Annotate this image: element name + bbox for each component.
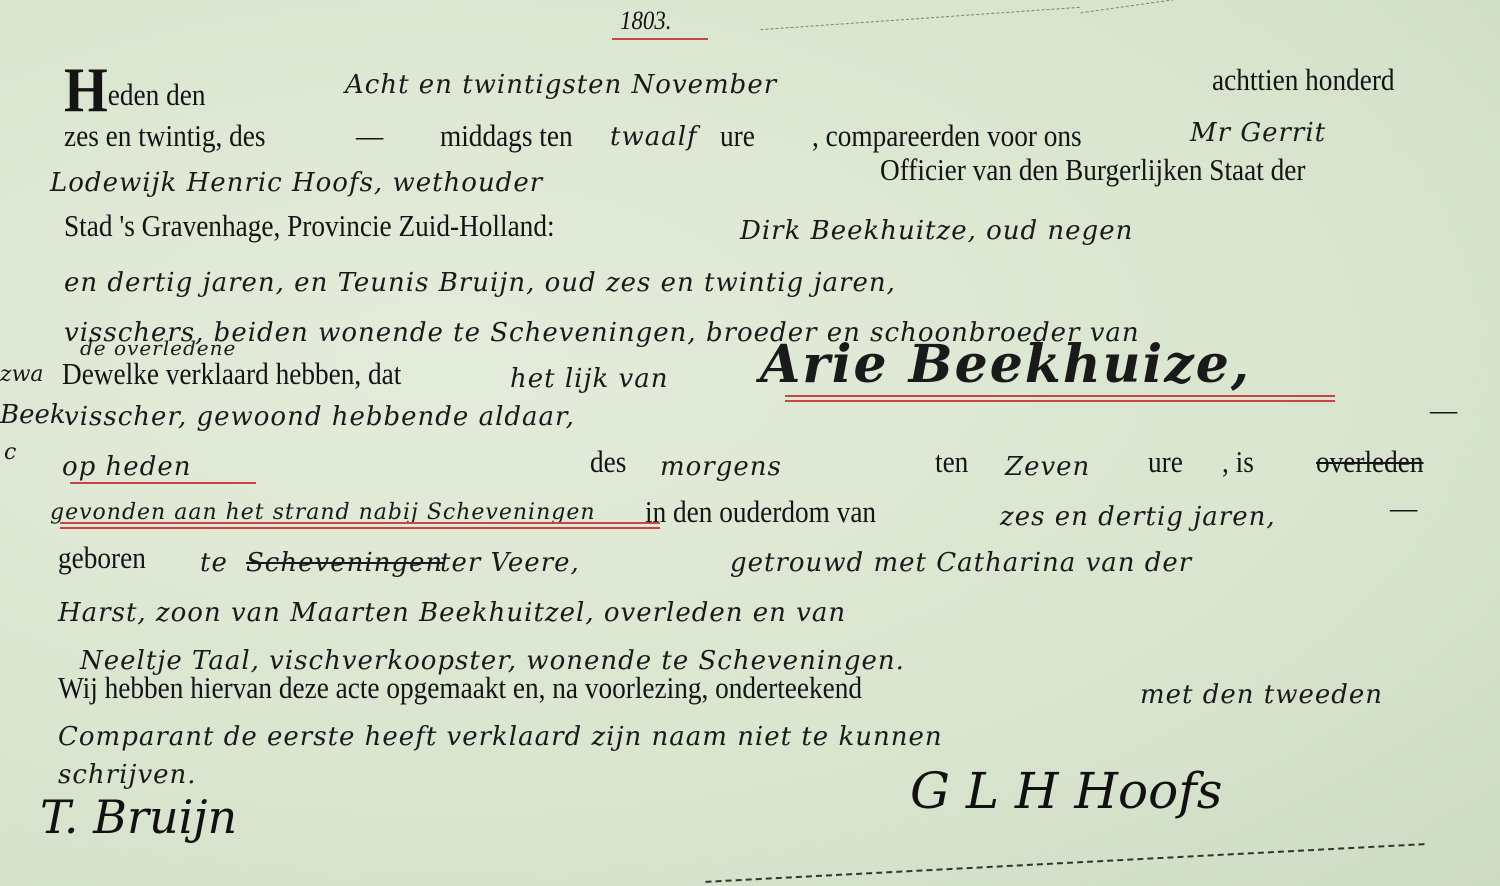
record-number: 1803. xyxy=(620,6,671,36)
line-9-is: , is xyxy=(1222,444,1254,480)
line-8-dash: — xyxy=(1430,392,1457,428)
comparant-line: Comparant de eerste heeft verklaard zijn… xyxy=(58,722,943,752)
birthplace: ter Veere, xyxy=(440,548,580,578)
closing-printed: Wij hebben hiervan deze acte opgemaakt e… xyxy=(58,670,862,706)
schrijven: schrijven. xyxy=(58,760,197,790)
line-9-ure: ure xyxy=(1148,444,1183,480)
witness-2-line: en dertig jaren, en Teunis Bruijn, oud z… xyxy=(64,268,896,298)
spouse-line: getrouwd met Catharina van der xyxy=(730,548,1192,578)
line-2-compareerden: , compareerden voor ons xyxy=(812,118,1082,154)
birth-te: te xyxy=(200,548,228,578)
op-heden: op heden xyxy=(62,452,191,482)
line-2-dash: — xyxy=(356,118,383,154)
struck-birthplace: Scheveningen xyxy=(246,548,443,578)
line-7-printed: Dewelke verklaard hebben, dat xyxy=(62,356,401,392)
deceased-name: Arie Beekhuize, xyxy=(760,334,1251,395)
margin-note-3: c xyxy=(4,440,16,465)
top-pen-stroke-2 xyxy=(1081,0,1200,13)
line-11-geboren: geboren xyxy=(58,540,146,576)
time-of-day: morgens xyxy=(660,452,782,482)
line-8-hand: visscher, gewoond hebbende aldaar, xyxy=(64,402,575,432)
line-1-printed: Heden den xyxy=(64,58,206,122)
parents-line: Harst, zoon van Maarten Beekhuitzel, ove… xyxy=(58,598,846,628)
age-handwritten: zes en dertig jaren, xyxy=(1000,502,1276,532)
officer-name-part2: Lodewijk Henric Hoofs, wethouder xyxy=(50,168,543,198)
top-pen-stroke xyxy=(760,7,1079,30)
op-heden-underline xyxy=(70,482,256,487)
officer-signature: G L H Hoofs xyxy=(910,762,1222,820)
line-4-printed: Stad 's Gravenhage, Provincie Zuid-Holla… xyxy=(64,208,555,244)
line-3-printed: Officier van den Burgerlijken Staat der xyxy=(880,152,1305,188)
line-2-printed: zes en twintig, des xyxy=(64,118,266,154)
line-9-ten: ten xyxy=(935,444,968,480)
witness-1-name: Dirk Beekhuitze, oud negen xyxy=(740,216,1133,246)
date-handwritten: Acht en twintigsten November xyxy=(345,70,777,100)
deceased-name-underline xyxy=(785,395,1335,402)
witness-signature: T. Bruijn xyxy=(40,790,237,844)
drop-cap: H xyxy=(64,54,108,125)
line-2-middags: middags ten xyxy=(440,118,573,154)
line-9-des: des xyxy=(590,444,626,480)
line-1-year: achttien honderd xyxy=(1212,62,1395,98)
line-10-printed: in den ouderdom van xyxy=(645,494,876,530)
margin-note-1: zwa xyxy=(0,362,44,387)
found-location-underline xyxy=(60,522,660,529)
hour-handwritten: twaalf xyxy=(610,122,698,152)
closing-hand: met den tweeden xyxy=(1140,680,1383,710)
line-10-dash: — xyxy=(1390,490,1417,526)
hour-of-death: Zeven xyxy=(1005,452,1090,482)
line-2-ure: ure xyxy=(720,118,755,154)
struck-overleden: overleden xyxy=(1316,444,1424,480)
margin-note-2: Beek xyxy=(0,400,66,430)
record-number-underline xyxy=(612,38,708,43)
signature-flourish xyxy=(705,843,1424,883)
line-7-hand: het lijk van xyxy=(510,364,669,394)
officer-name-part1: Mr Gerrit xyxy=(1190,118,1326,148)
